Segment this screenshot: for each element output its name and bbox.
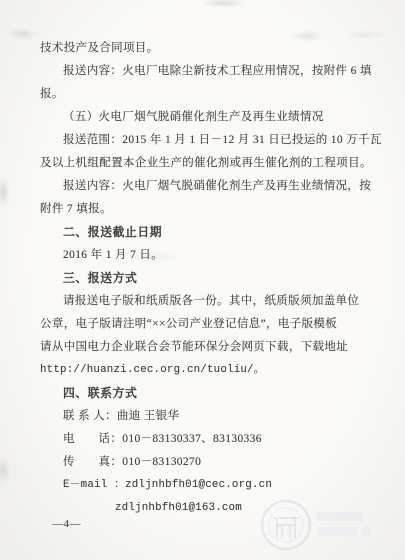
section-heading-deadline: 二、报送截止日期	[40, 221, 372, 244]
body-line: 及以上机组配置本企业生产的催化剂或再生催化剂的工程项目。	[40, 152, 372, 175]
body-line: 请从中国电力企业联合会节能环保分会网页下载，下载地址	[40, 336, 372, 359]
scan-smudge	[0, 455, 11, 485]
subsection-heading: （五）火电厂烟气脱硝催化剂生产及再生业绩情况	[40, 106, 372, 129]
body-line: 附件 7 填报。	[40, 198, 372, 221]
document-body: 技术投产及合同项目。 报送内容：火电厂电除尘新技术工程应用情况，按附件 6 填 …	[40, 37, 372, 520]
scan-smudge	[200, 0, 246, 8]
body-line: 报送内容：火电厂电除尘新技术工程应用情况，按附件 6 填	[40, 60, 372, 83]
scan-smudge	[0, 175, 10, 209]
watermark-seal-icon	[255, 494, 375, 556]
download-url: http://huanzi.cec.org.cn/tuoliu/。	[40, 359, 372, 382]
body-line: 技术投产及合同项目。	[40, 37, 372, 60]
contact-phone: 电 话：010－83130337、83130336	[40, 428, 372, 451]
page-number: —4—	[52, 518, 81, 530]
contact-person: 联 系 人：曲迪 王银华	[40, 405, 372, 428]
body-line: 报。	[40, 83, 372, 106]
deadline-date: 2016 年 1 月 7 日。	[40, 244, 372, 267]
body-line: 报送范围：2015 年 1 月 1 日－12 月 31 日已投运的 10 万千瓦	[40, 129, 372, 152]
body-line: 报送内容：火电厂烟气脱硝催化剂生产及再生业绩情况，按	[40, 175, 372, 198]
body-line: 公章，电子版请注明“××公司产业登记信息”，电子版模板	[40, 313, 372, 336]
section-heading-method: 三、报送方式	[40, 267, 372, 290]
contact-fax: 传 真：010－83130270	[40, 451, 372, 474]
scanned-document-page: 技术投产及合同项目。 报送内容：火电厂电除尘新技术工程应用情况，按附件 6 填 …	[0, 0, 405, 560]
section-heading-contact: 四、联系方式	[40, 382, 372, 405]
body-line: 请报送电子版和纸质版各一份。其中，纸质版须加盖单位	[40, 290, 372, 313]
scan-smudge	[8, 28, 38, 40]
